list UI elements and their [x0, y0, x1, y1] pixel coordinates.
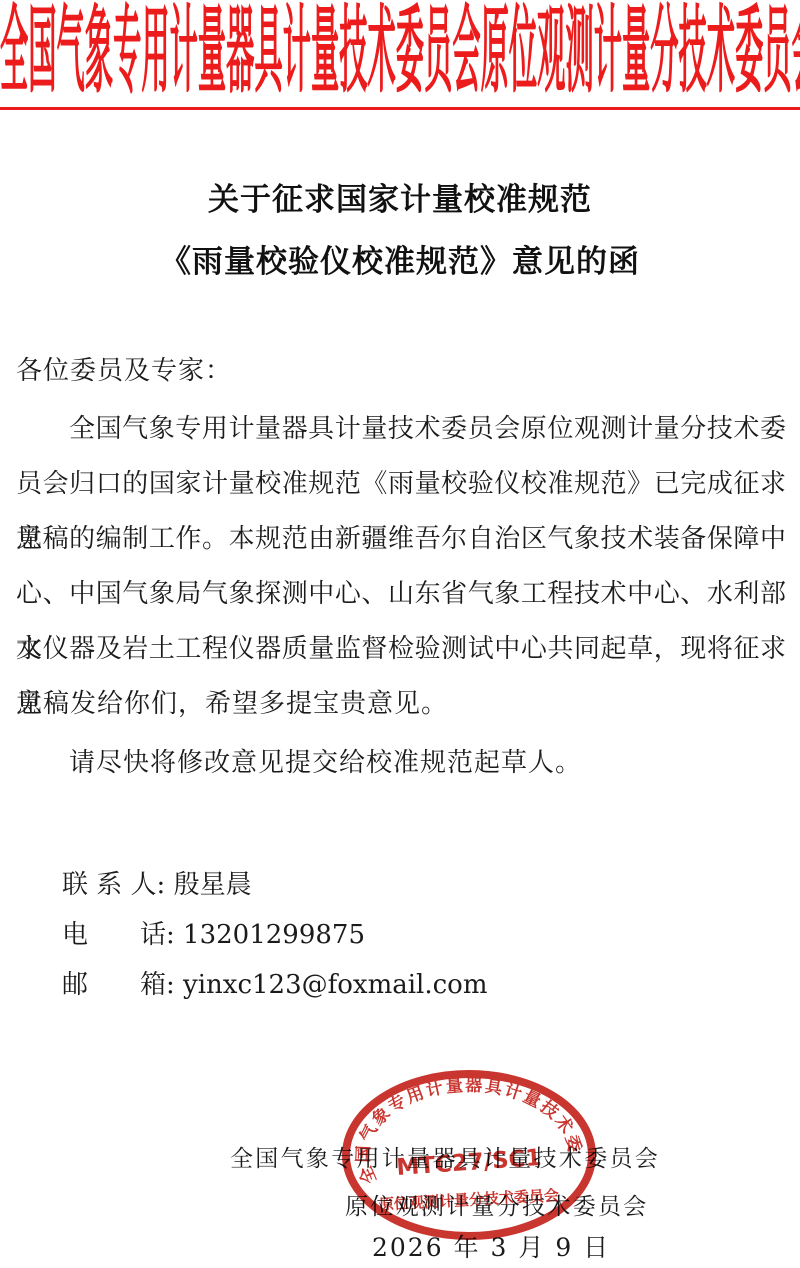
contact-email-value: yinxc123@foxmail.com — [183, 970, 487, 1000]
paragraph-1-line: 见稿发给你们，希望多提宝贵意见。 — [16, 677, 786, 732]
contact-phone-row: 电 话: 13201299875 — [62, 910, 488, 960]
letterhead-rule — [0, 107, 800, 110]
paragraph-2: 请尽快将修改意见提交给校准规范起草人。 — [16, 746, 786, 780]
contact-phone-value: 13201299875 — [183, 920, 365, 950]
contact-person-value: 殷星晨 — [174, 870, 252, 900]
salutation: 各位委员及专家： — [16, 350, 232, 387]
seal-bottom-text: 原位观测计量分技术委员会 — [379, 1186, 560, 1213]
official-seal-stamp: 全国气象专用计量器具计量技术委 MTC27/SC1 原位观测计量分技术委员会 — [333, 1052, 605, 1252]
paragraph-1-line: 见稿的编制工作。本规范由新疆维吾尔自治区气象技术装备保障中 — [16, 512, 786, 567]
paragraph-1-line: 文仪器及岩土工程仪器质量监督检验测试中心共同起草，现将征求意 — [16, 622, 786, 677]
seal-center-text: MTC27/SC1 — [396, 1145, 543, 1181]
document-title-line-1: 关于征求国家计量校准规范 — [0, 174, 800, 219]
paragraph-1-line: 全国气象专用计量器具计量技术委员会原位观测计量分技术委 — [16, 402, 786, 457]
contact-email-label: 邮 箱: — [62, 970, 183, 1000]
contact-person-row: 联 系 人: 殷星晨 — [62, 860, 488, 910]
contact-phone-label: 电 话: — [62, 920, 183, 950]
paragraph-1-line: 心、中国气象局气象探测中心、山东省气象工程技术中心、水利部水 — [16, 567, 786, 622]
document-title-line-2: 《雨量校验仪校准规范》意见的函 — [0, 236, 800, 281]
contact-person-label: 联 系 人: — [62, 870, 174, 900]
document-page: 全国气象专用计量器具计量技术委员会原位观测计量分技术委员会 关于征求国家计量校准… — [0, 0, 800, 1268]
contact-email-row: 邮 箱: yinxc123@foxmail.com — [62, 960, 488, 1010]
paragraph-1-line: 员会归口的国家计量校准规范《雨量校验仪校准规范》已完成征求意 — [16, 457, 786, 512]
paragraph-1: 全国气象专用计量器具计量技术委员会原位观测计量分技术委 员会归口的国家计量校准规… — [16, 402, 786, 732]
letterhead-banner: 全国气象专用计量器具计量技术委员会原位观测计量分技术委员会 — [0, 0, 800, 104]
contact-block: 联 系 人: 殷星晨 电 话: 13201299875 邮 箱: yinxc12… — [62, 860, 488, 1010]
letterhead-text: 全国气象专用计量器具计量技术委员会原位观测计量分技术委员会 — [0, 0, 800, 102]
